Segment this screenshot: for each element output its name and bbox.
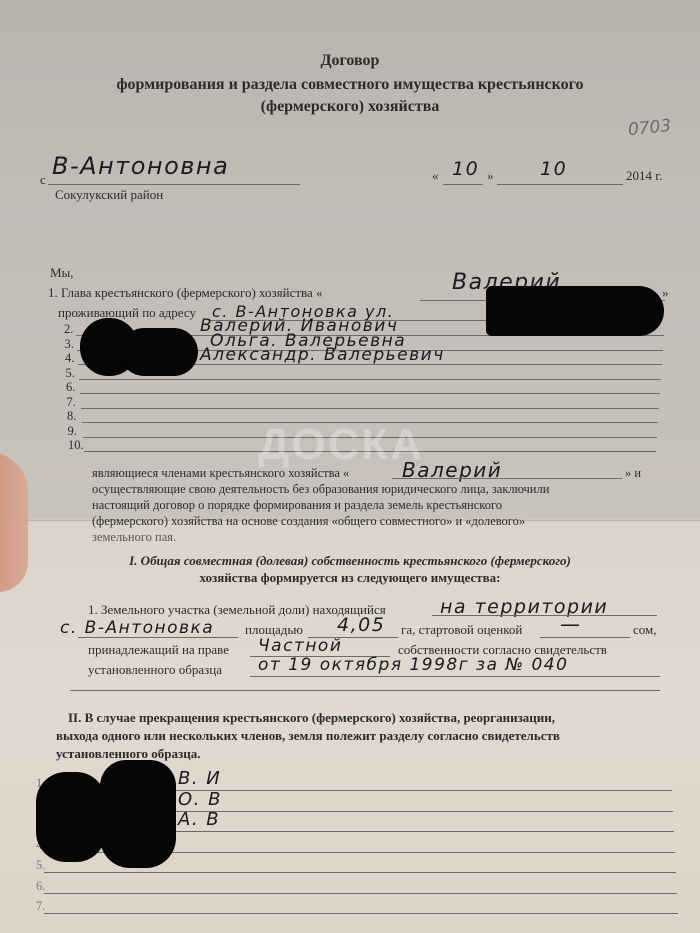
area-unit: га, стартовой оценкой xyxy=(401,622,522,638)
member-row-number: 6. xyxy=(66,380,75,395)
para1-line4: земельного пая. xyxy=(92,530,176,545)
date-year: 2014 г. xyxy=(626,168,662,184)
land-village-value: с. В-Антоновка xyxy=(60,618,214,638)
share-row-number: 7. xyxy=(36,899,45,914)
corner-handwritten-note: 0703 xyxy=(627,116,672,140)
section2-line1: II. В случае прекращения крестьянского (… xyxy=(68,710,555,726)
member-row-number: 8. xyxy=(67,409,76,424)
member-row-value: Александр. Валерьевич xyxy=(200,345,445,365)
share-row-value: В. И xyxy=(178,768,221,789)
share-row-number: 6. xyxy=(36,879,45,894)
section1-heading-1: I. Общая совместная (долевая) собственно… xyxy=(0,553,700,569)
redaction-mark xyxy=(36,772,106,862)
date-close-quote: » xyxy=(487,168,494,184)
valuation-value: — xyxy=(560,612,582,636)
member1-close-quote: » xyxy=(662,285,669,301)
date-open-quote: « xyxy=(432,168,439,184)
share-row-value: О. В xyxy=(178,789,222,810)
document-subtitle-1: формирования и раздела совместного имуще… xyxy=(0,76,700,94)
district-label: Сокулукский район xyxy=(55,187,163,203)
redaction-mark xyxy=(486,286,664,336)
certificate-label: установленного образца xyxy=(88,662,222,678)
date-day: 10 xyxy=(452,158,479,180)
member-row-number: 2. xyxy=(64,322,73,337)
share-row-number: 5. xyxy=(36,858,45,873)
member-row-number: 10. xyxy=(68,438,84,453)
member1-label: 1. Глава крестьянского (фермерского) хоз… xyxy=(48,285,323,301)
redaction-mark xyxy=(120,328,198,376)
member-row-number: 4. xyxy=(65,351,74,366)
para1-line2: настоящий договор о порядке формирования… xyxy=(92,498,502,513)
para1-line1: осуществляющие свою деятельность без обр… xyxy=(92,482,549,497)
place-prefix: с xyxy=(40,172,46,188)
date-month: 10 xyxy=(540,158,567,180)
right-label: принадлежащий на праве xyxy=(88,642,229,658)
section2-line2: выхода одного или нескольких членов, зем… xyxy=(56,728,560,744)
document-title: Договор xyxy=(0,52,700,70)
para1-line3: (фермерского) хозяйства на основе создан… xyxy=(92,514,525,529)
certificate-value: от 19 октября 1998г за № 040 xyxy=(258,655,568,675)
place-value: В-Антоновна xyxy=(52,152,229,180)
member-row-number: 7. xyxy=(67,395,76,410)
document-subtitle-2: (фермерского) хозяйства xyxy=(0,98,700,116)
area-value: 4,05 xyxy=(337,614,385,636)
finger xyxy=(0,452,28,592)
intro-we: Мы, xyxy=(50,265,74,281)
member-row-number: 3. xyxy=(65,337,74,352)
share-row-value: А. В xyxy=(178,809,220,830)
section1-heading-2: хозяйства формируется из следующего имущ… xyxy=(0,570,700,586)
address-label: проживающий по адресу xyxy=(58,305,196,321)
watermark: ДОСКА xyxy=(258,420,424,470)
redaction-mark xyxy=(100,760,176,868)
member-row-number: 9. xyxy=(68,424,77,439)
currency-label: сом, xyxy=(633,622,657,638)
members-of-close: » и xyxy=(625,466,641,481)
right-value: Частной xyxy=(258,636,342,656)
member-row-number: 5. xyxy=(66,366,75,381)
